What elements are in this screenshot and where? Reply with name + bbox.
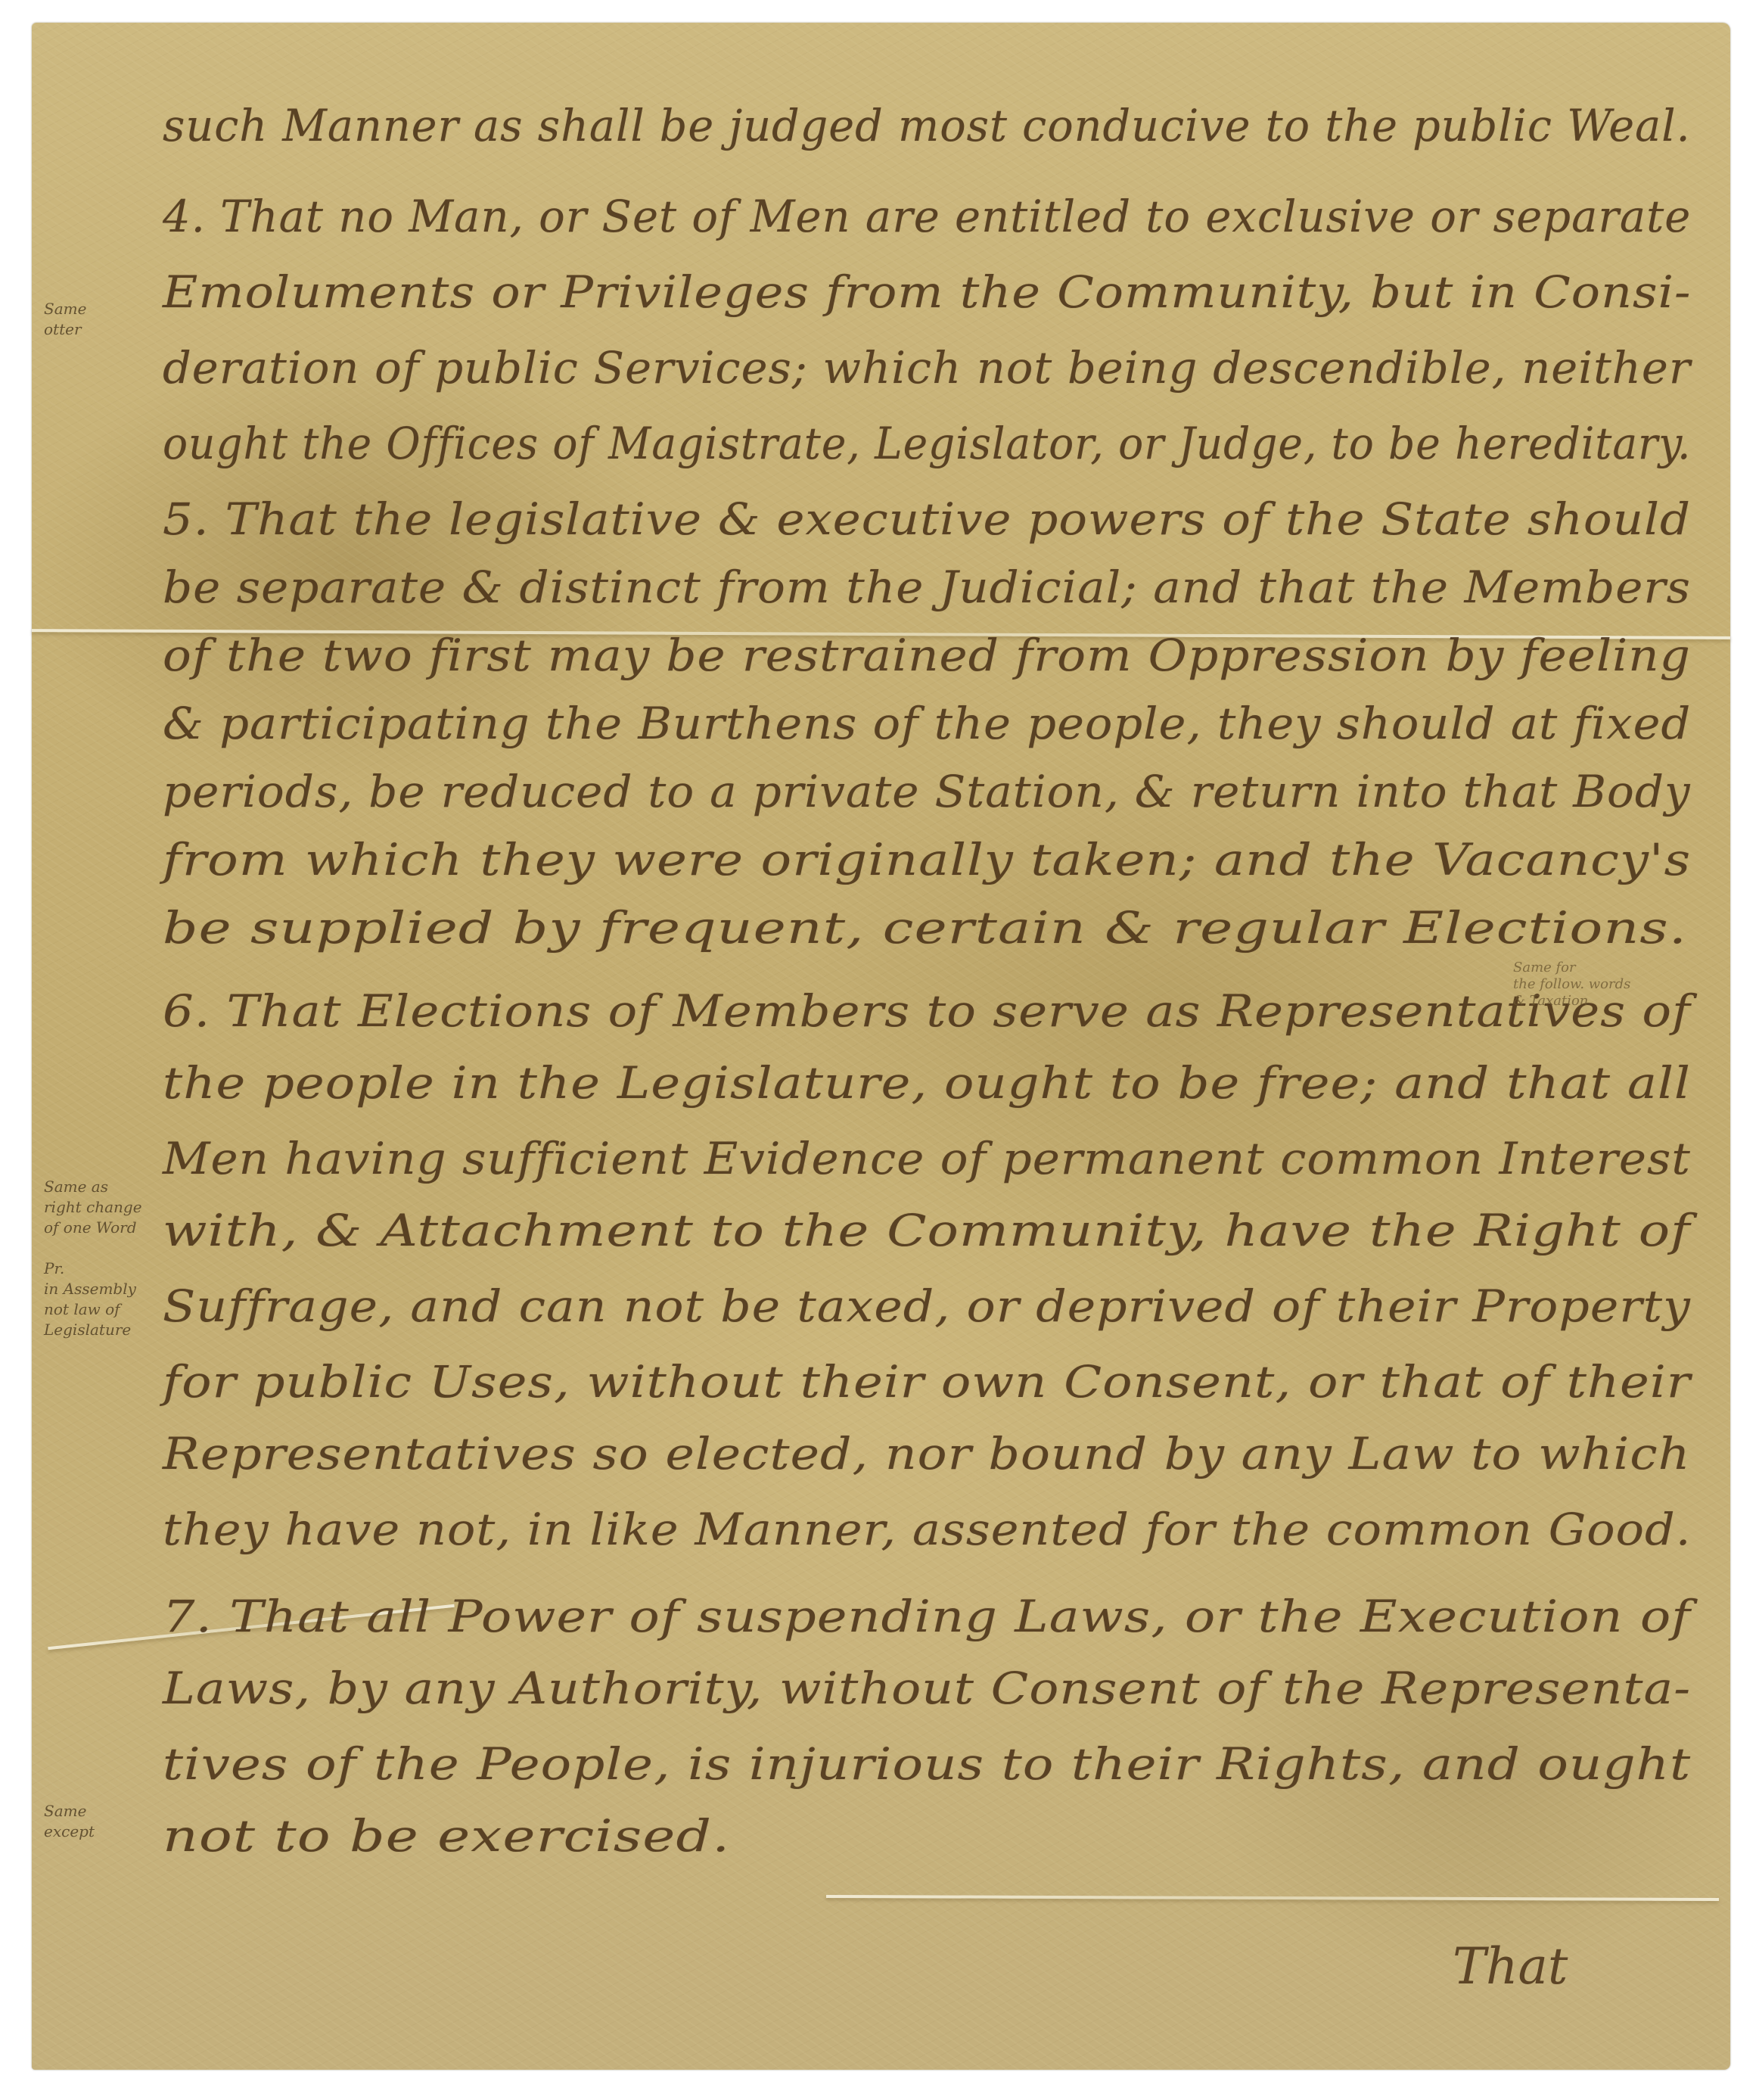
manuscript-line: from which they were originally taken; a…	[163, 834, 1691, 885]
manuscript-line: Representatives so elected, nor bound by…	[163, 1428, 1690, 1479]
manuscript-line: periods, be reduced to a private Station…	[163, 766, 1691, 817]
manuscript-line: they have not, in like Manner, assented …	[163, 1504, 1692, 1555]
manuscript-line: be supplied by frequent, certain & regul…	[163, 902, 1687, 954]
manuscript-line: Emoluments or Privileges from the Commun…	[163, 266, 1692, 318]
manuscript-line: of the two first may be restrained from …	[163, 630, 1691, 681]
manuscript-line: Laws, by any Authority, without Consent …	[163, 1663, 1691, 1714]
manuscript-line: Suffrage, and can not be taxed, or depri…	[163, 1280, 1691, 1332]
manuscript-line: tives of the People, is injurious to the…	[163, 1738, 1691, 1790]
manuscript-line: for public Uses, without their own Conse…	[163, 1356, 1691, 1408]
manuscript-line: 5. That the legislative & executive powe…	[163, 493, 1691, 545]
manuscript-line: with, & Attachment to the Community, hav…	[163, 1205, 1691, 1256]
manuscript-line: & participating the Burthens of the peop…	[163, 698, 1691, 749]
margin-note: Same except	[44, 1801, 95, 1842]
catchword: That	[1453, 1937, 1568, 1996]
manuscript-line: the people in the Legislature, ought to …	[163, 1057, 1691, 1109]
manuscript-line: deration of public Services; which not b…	[163, 342, 1691, 394]
manuscript-line: 6. That Elections of Members to serve as…	[163, 985, 1691, 1037]
manuscript-line: 7. That all Power of suspending Laws, or…	[163, 1591, 1691, 1642]
margin-note: Same otter	[44, 299, 86, 340]
manuscript-line: ought the Offices of Magistrate, Legisla…	[163, 418, 1691, 469]
manuscript-line: 4. That no Man, or Set of Men are entitl…	[163, 191, 1691, 242]
manuscript-line: Men having sufficient Evidence of perman…	[163, 1133, 1691, 1184]
manuscript-line: such Manner as shall be judged most cond…	[163, 100, 1691, 151]
margin-note: Same as right change of one Word Pr. in …	[44, 1177, 142, 1340]
manuscript-line: not to be exercised.	[163, 1810, 730, 1862]
inline-annotation: Same for the follow. words & Taxation	[1513, 960, 1630, 1010]
manuscript-line: be separate & distinct from the Judicial…	[163, 562, 1691, 613]
